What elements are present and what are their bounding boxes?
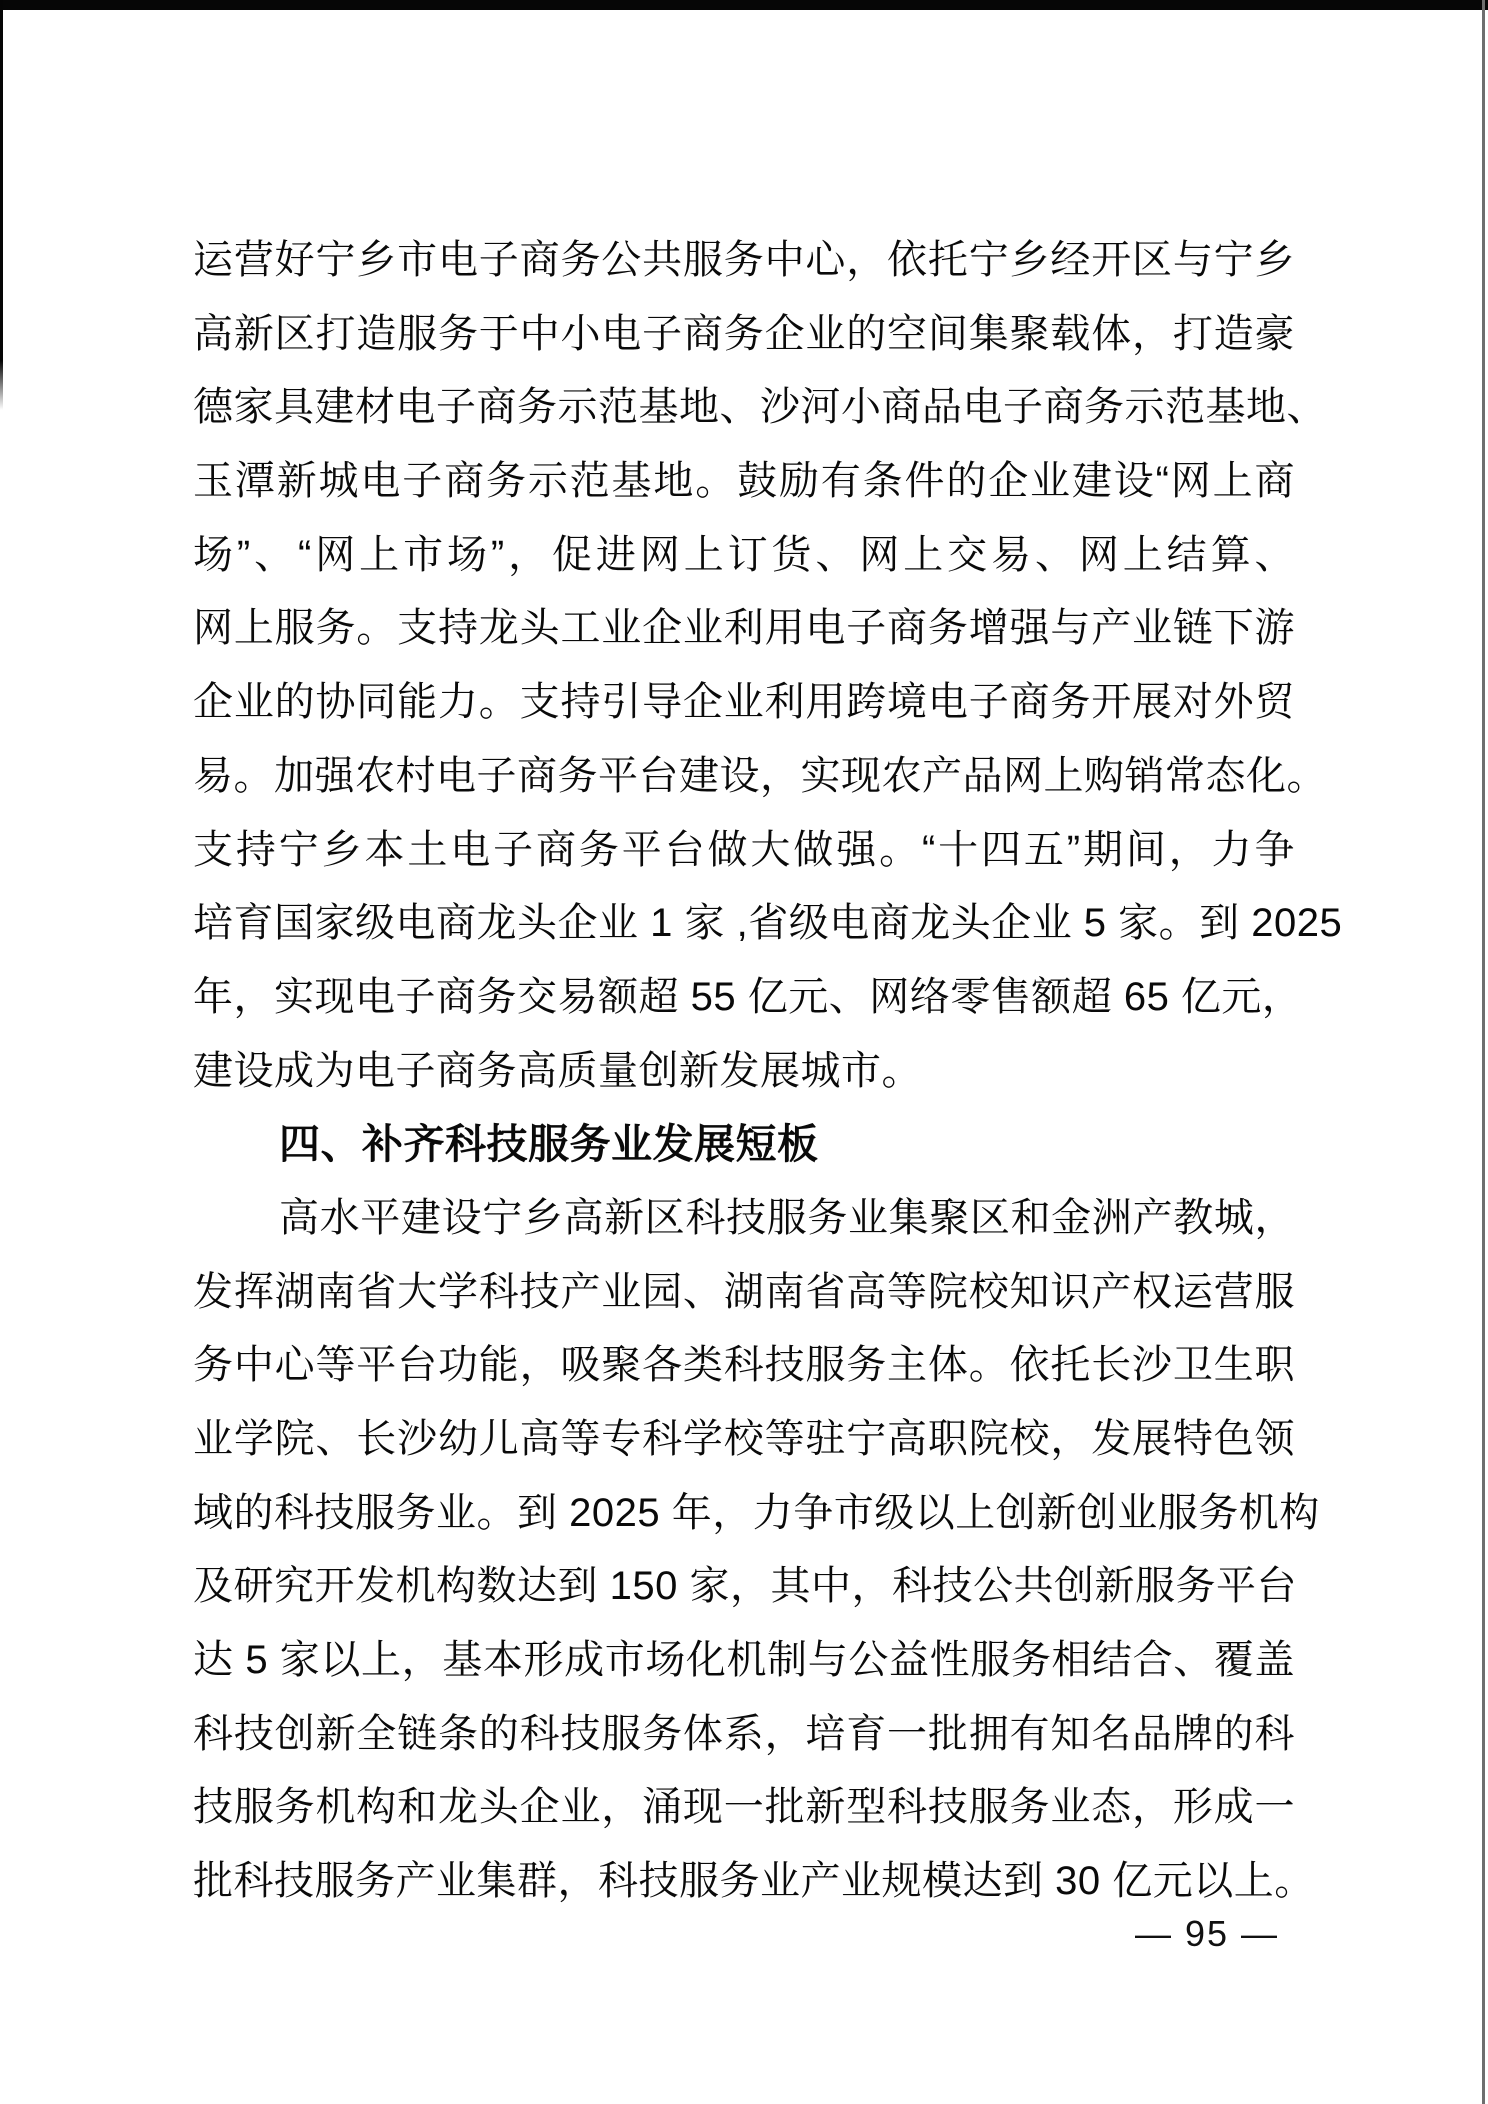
paragraph1-line: 年，实现电子商务交易额超 55 亿元、网络零售额超 65 亿元， [193, 961, 1295, 1035]
section-heading: 四、补齐科技服务业发展短板 [193, 1108, 1295, 1182]
paragraph1-line: 高新区打造服务于中小电子商务企业的空间集聚载体，打造豪 [193, 298, 1295, 372]
paragraph2-line: 发挥湖南省大学科技产业园、湖南省高等院校知识产权运营服 [193, 1256, 1295, 1330]
paragraph2-line: 达 5 家以上，基本形成市场化机制与公益性服务相结合、覆盖 [193, 1624, 1295, 1698]
paragraph1-line: 网上服务。支持龙头工业企业利用电子商务增强与产业链下游 [193, 592, 1295, 666]
paragraph2-line: 业学院、长沙幼儿高等专科学校等驻宁高职院校，发展特色领 [193, 1403, 1295, 1477]
paragraph1-line: 企业的协同能力。支持引导企业利用跨境电子商务开展对外贸 [193, 666, 1295, 740]
paragraph1-line: 建设成为电子商务高质量创新发展城市。 [193, 1035, 1295, 1109]
paragraph1-line: 支持宁乡本土电子商务平台做大做强。“十四五”期间，力争 [193, 814, 1295, 888]
paragraph1-line: 易。加强农村电子商务平台建设，实现农产品网上购销常态化。 [193, 740, 1295, 814]
paragraph1-line: 运营好宁乡市电子商务公共服务中心，依托宁乡经开区与宁乡 [193, 224, 1295, 298]
document-page: 运营好宁乡市电子商务公共服务中心，依托宁乡经开区与宁乡 高新区打造服务于中小电子… [0, 0, 1488, 2104]
paragraph1-line: 培育国家级电商龙头企业 1 家 ,省级电商龙头企业 5 家。到 2025 [193, 887, 1295, 961]
paragraph2-line: 高水平建设宁乡高新区科技服务业集聚区和金洲产教城， [193, 1182, 1295, 1256]
paragraph2-line: 务中心等平台功能，吸聚各类科技服务主体。依托长沙卫生职 [193, 1329, 1295, 1403]
top-scan-bar [0, 0, 1488, 10]
paragraph2-line: 域的科技服务业。到 2025 年，力争市级以上创新创业服务机构 [193, 1477, 1295, 1551]
paragraph2-line: 及研究开发机构数达到 150 家，其中，科技公共创新服务平台 [193, 1550, 1295, 1624]
paragraph1-line: 德家具建材电子商务示范基地、沙河小商品电子商务示范基地、 [193, 371, 1295, 445]
document-body: 运营好宁乡市电子商务公共服务中心，依托宁乡经开区与宁乡 高新区打造服务于中小电子… [193, 224, 1295, 1919]
paragraph2-line: 科技创新全链条的科技服务体系，培育一批拥有知名品牌的科 [193, 1698, 1295, 1772]
paragraph1-line: 玉潭新城电子商务示范基地。鼓励有条件的企业建设“网上商 [193, 445, 1295, 519]
paragraph2-line: 批科技服务产业集群，科技服务业产业规模达到 30 亿元以上。 [193, 1845, 1295, 1919]
left-scan-edge [0, 0, 3, 410]
paragraph2-line: 技服务机构和龙头企业，涌现一批新型科技服务业态，形成一 [193, 1771, 1295, 1845]
page-number: — 95 — [1107, 1912, 1307, 1956]
right-scan-line [1482, 0, 1485, 2104]
paragraph1-line: 场”、“网上市场”，促进网上订货、网上交易、网上结算、 [193, 519, 1295, 593]
